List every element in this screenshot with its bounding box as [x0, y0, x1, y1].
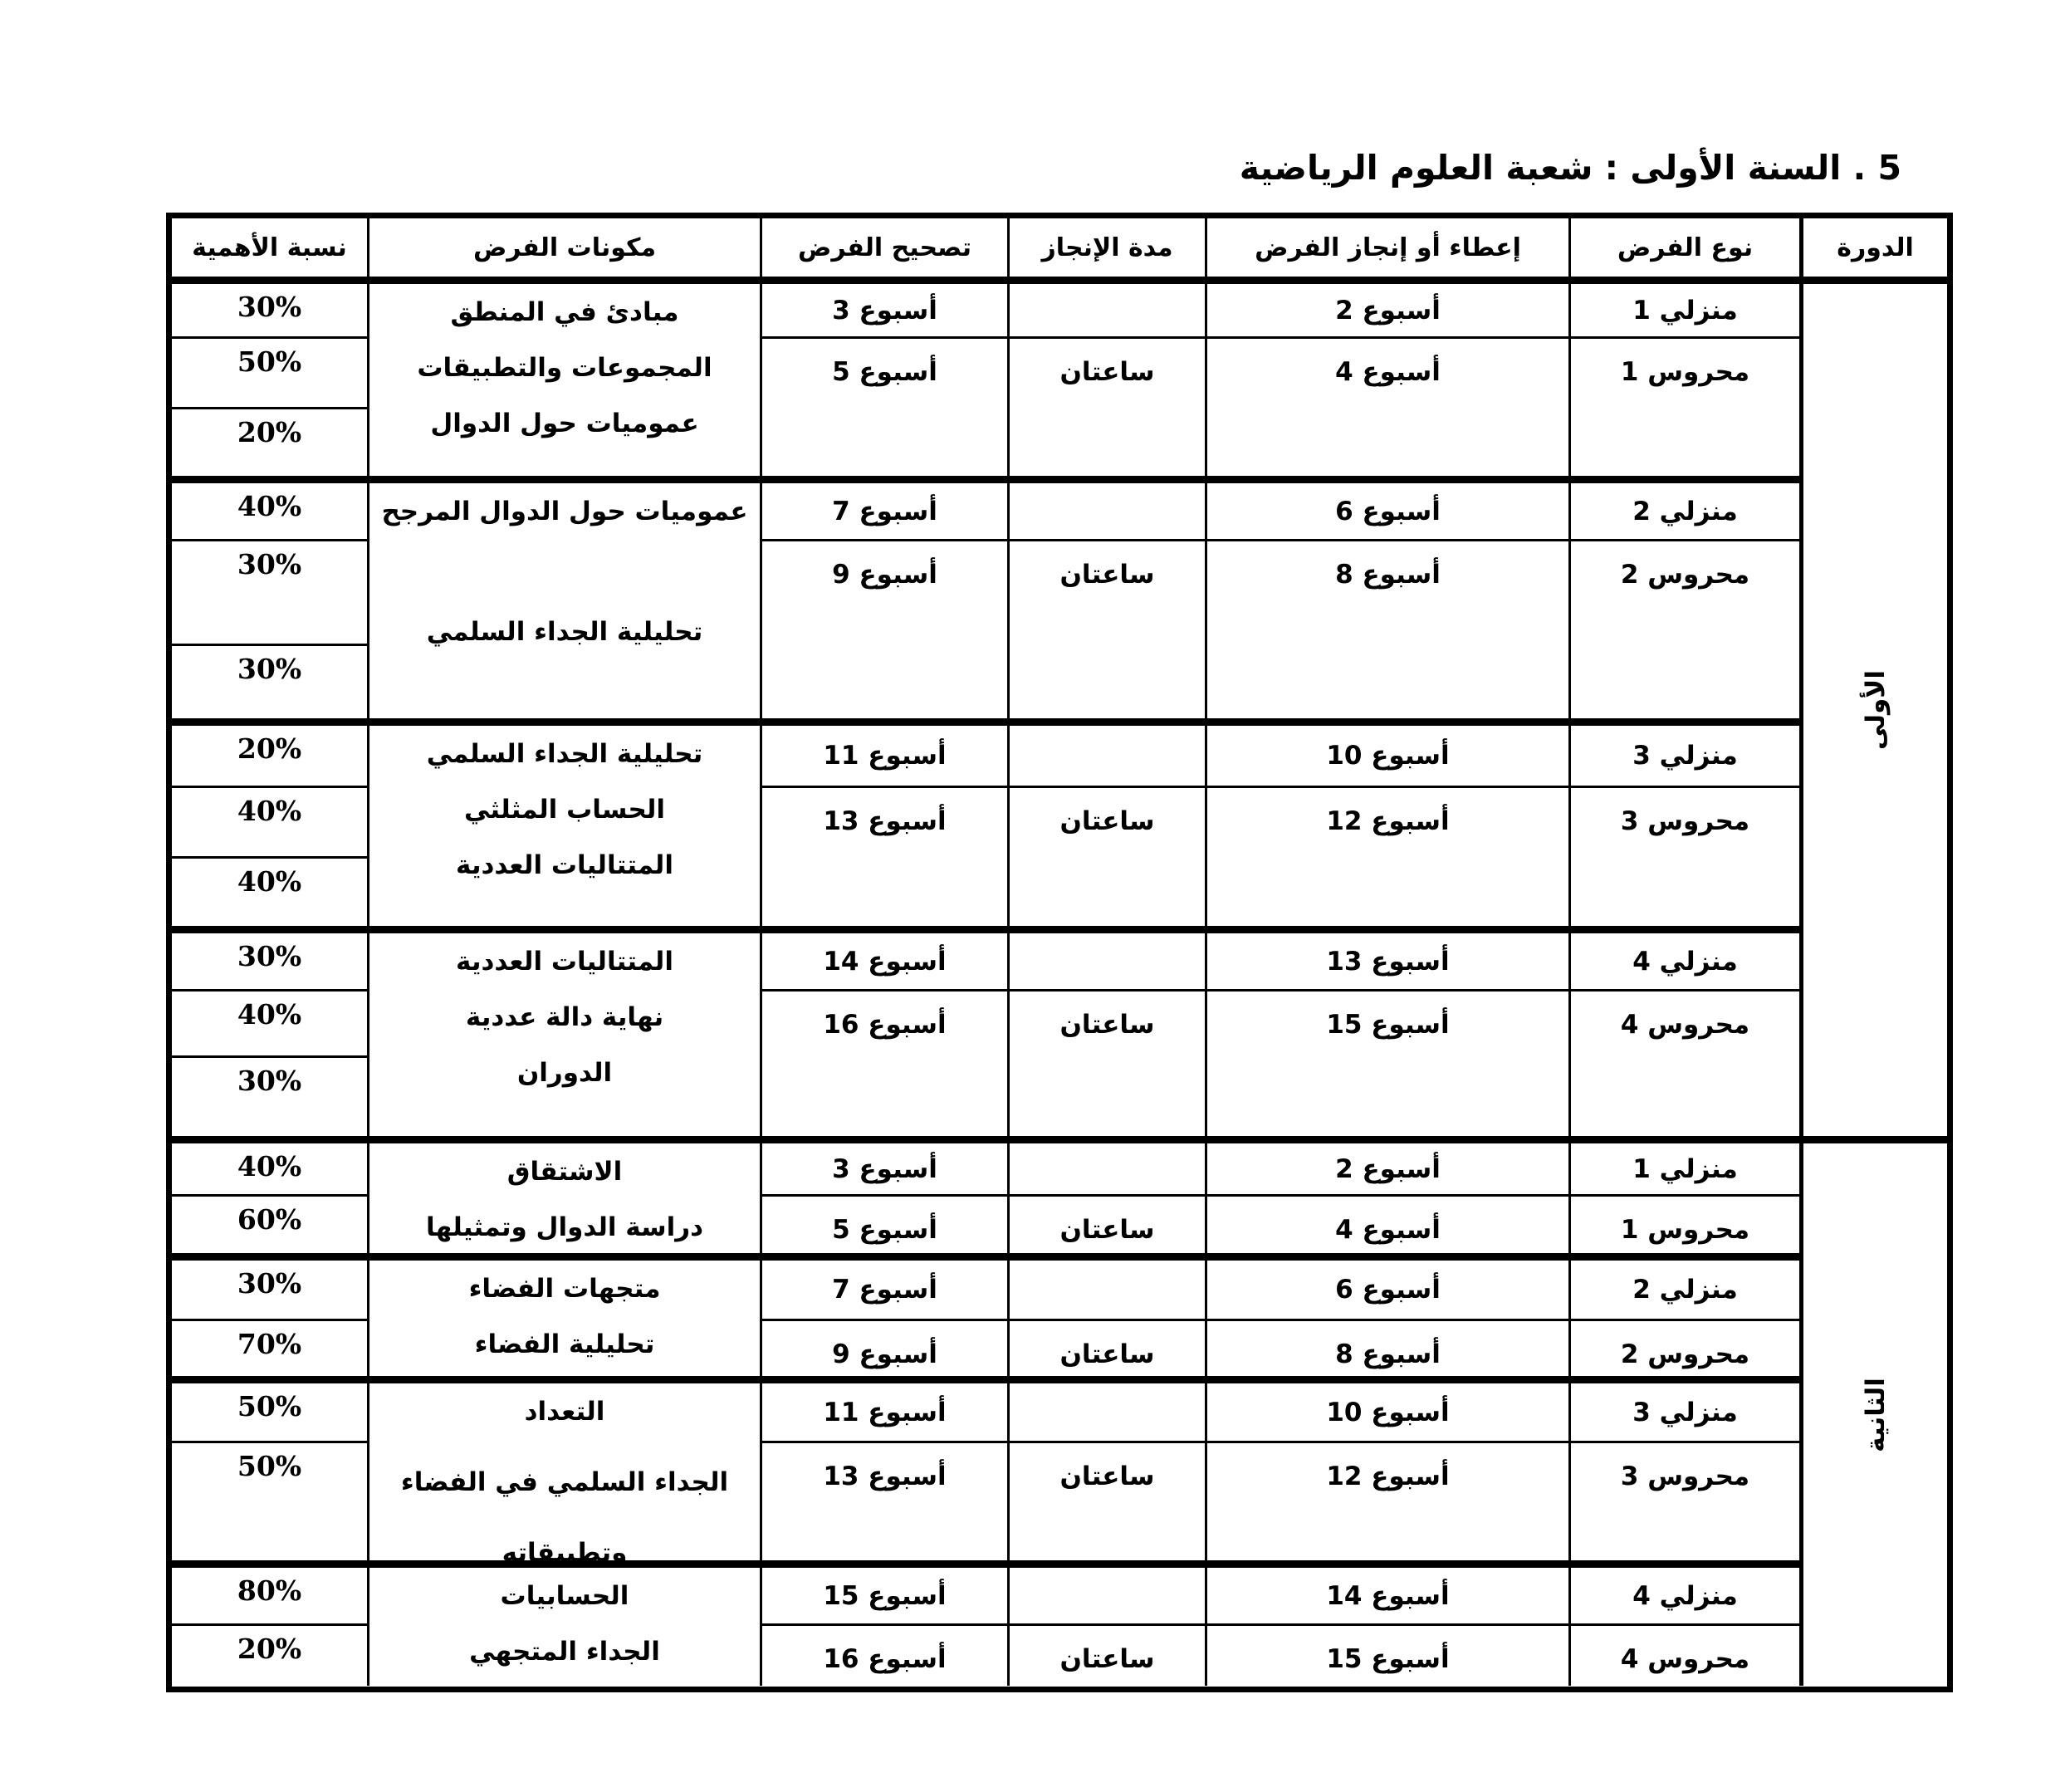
type-cell: محروس 3 [1568, 788, 1799, 926]
assignment-rows: أسبوع 3 أسبوع 2 منزلي 1 أسبوع 5 ساعتان أ… [760, 1143, 1799, 1253]
importance-cell: 70% [172, 1321, 367, 1376]
type-cell: منزلي 3 [1568, 1383, 1799, 1441]
assignment-rows: أسبوع 11 أسبوع 10 منزلي 3 أسبوع 13 ساعتا… [760, 1383, 1799, 1560]
importance-cell: 30% [172, 541, 367, 646]
component-line: المجموعات والتطبيقات [417, 350, 712, 387]
col-header-give: إعطاء أو إنجاز الفرض [1205, 218, 1568, 277]
give-cell: أسبوع 12 [1205, 788, 1568, 926]
component-line: الجداء المتجهي [469, 1633, 660, 1671]
term-label: الأولى [1860, 670, 1890, 750]
type-cell: منزلي 2 [1568, 483, 1799, 539]
duration-cell: ساعتان [1007, 1626, 1205, 1686]
duration-cell [1007, 483, 1205, 539]
type-cell: محروس 2 [1568, 541, 1799, 718]
component-line: تحليلية الجداء السلمي [427, 736, 703, 773]
block-t1-3: 20% 40% 40% تحليلية الجداء السلمي الحساب… [172, 726, 1799, 933]
importance-cell: 40% [172, 859, 367, 926]
importance-cell: 20% [172, 1626, 367, 1686]
type-cell: منزلي 3 [1568, 726, 1799, 786]
type-cell: محروس 1 [1568, 1197, 1799, 1253]
block-t2-3: 50% 50% التعداد الجداء السلمي في الفضاء … [172, 1383, 1799, 1568]
importance-cell: 40% [172, 483, 367, 541]
component-line: الاشتقاق [507, 1153, 623, 1191]
block-t1-4: 30% 40% 30% المتتاليات العددية نهاية دال… [172, 933, 1799, 1136]
importance-column: 30% 70% [172, 1261, 367, 1376]
components-cell: المتتاليات العددية نهاية دالة عددية الدو… [367, 933, 760, 1136]
block-t1-2: 40% 30% 30% عموميات حول الدوال المرجح تح… [172, 483, 1799, 726]
col-header-importance: نسبة الأهمية [172, 218, 367, 277]
importance-cell: 30% [172, 284, 367, 339]
term-2-blocks: 40% 60% الاشتقاق دراسة الدوال وتمثيلها أ… [172, 1143, 1799, 1686]
duration-cell: ساعتان [1007, 1197, 1205, 1253]
correction-cell: أسبوع 5 [762, 339, 1007, 476]
correction-cell: أسبوع 7 [762, 1261, 1007, 1319]
duration-cell [1007, 1261, 1205, 1319]
importance-cell: 30% [172, 1058, 367, 1136]
supervised-assignment-row: أسبوع 9 ساعتان أسبوع 8 محروس 2 [762, 1321, 1799, 1376]
duration-cell: ساعتان [1007, 339, 1205, 476]
component-line: وتطبيقاته [502, 1535, 628, 1572]
assignment-rows: أسبوع 7 أسبوع 6 منزلي 2 أسبوع 9 ساعتان أ… [760, 1261, 1799, 1376]
component-line: مبادئ في المنطق [451, 294, 679, 331]
correction-cell: أسبوع 9 [762, 1321, 1007, 1376]
supervised-assignment-row: أسبوع 16 ساعتان أسبوع 15 محروس 4 [762, 991, 1799, 1136]
home-assignment-row: أسبوع 11 أسبوع 10 منزلي 3 [762, 726, 1799, 788]
correction-cell: أسبوع 16 [762, 991, 1007, 1136]
correction-cell: أسبوع 3 [762, 284, 1007, 336]
type-cell: منزلي 1 [1568, 284, 1799, 336]
component-line: عموميات حول الدوال [430, 405, 698, 443]
col-header-dawra: الدورة [1799, 218, 1947, 277]
duration-cell [1007, 284, 1205, 336]
home-assignment-row: أسبوع 15 أسبوع 14 منزلي 4 [762, 1568, 1799, 1626]
importance-cell: 50% [172, 339, 367, 409]
importance-column: 30% 40% 30% [172, 933, 367, 1136]
component-line: الجداء السلمي في الفضاء [401, 1464, 728, 1501]
type-cell: منزلي 2 [1568, 1261, 1799, 1319]
component-line: الحسابيات [501, 1578, 629, 1615]
supervised-assignment-row: أسبوع 5 ساعتان أسبوع 4 محروس 1 [762, 1197, 1799, 1253]
correction-cell: أسبوع 3 [762, 1143, 1007, 1194]
components-cell: الحسابيات الجداء المتجهي [367, 1568, 760, 1686]
importance-cell: 60% [172, 1197, 367, 1253]
importance-column: 50% 50% [172, 1383, 367, 1560]
components-cell: التعداد الجداء السلمي في الفضاء وتطبيقات… [367, 1383, 760, 1560]
give-cell: أسبوع 15 [1205, 991, 1568, 1136]
col-header-duration: مدة الإنجاز [1007, 218, 1205, 277]
importance-column: 20% 40% 40% [172, 726, 367, 926]
components-cell: الاشتقاق دراسة الدوال وتمثيلها [367, 1143, 760, 1253]
give-cell: أسبوع 6 [1205, 483, 1568, 539]
correction-cell: أسبوع 5 [762, 1197, 1007, 1253]
term-section-2: 40% 60% الاشتقاق دراسة الدوال وتمثيلها أ… [172, 1143, 1947, 1686]
components-cell: تحليلية الجداء السلمي الحساب المثلثي الم… [367, 726, 760, 926]
give-cell: أسبوع 10 [1205, 1383, 1568, 1441]
importance-column: 40% 30% 30% [172, 483, 367, 718]
assignment-rows: أسبوع 14 أسبوع 13 منزلي 4 أسبوع 16 ساعتا… [760, 933, 1799, 1136]
home-assignment-row: أسبوع 3 أسبوع 2 منزلي 1 [762, 284, 1799, 339]
give-cell: أسبوع 15 [1205, 1626, 1568, 1686]
give-cell: أسبوع 6 [1205, 1261, 1568, 1319]
supervised-assignment-row: أسبوع 5 ساعتان أسبوع 4 محروس 1 [762, 339, 1799, 476]
duration-cell: ساعتان [1007, 1321, 1205, 1376]
home-assignment-row: أسبوع 3 أسبوع 2 منزلي 1 [762, 1143, 1799, 1197]
components-cell: عموميات حول الدوال المرجح تحليلية الجداء… [367, 483, 760, 718]
importance-cell: 20% [172, 409, 367, 476]
assignment-rows: أسبوع 7 أسبوع 6 منزلي 2 أسبوع 9 ساعتان أ… [760, 483, 1799, 718]
supervised-assignment-row: أسبوع 13 ساعتان أسبوع 12 محروس 3 [762, 788, 1799, 926]
document-page: 5 . السنة الأولى : شعبة العلوم الرياضية … [0, 0, 2060, 1792]
home-assignment-row: أسبوع 7 أسبوع 6 منزلي 2 [762, 483, 1799, 541]
give-cell: أسبوع 8 [1205, 541, 1568, 718]
correction-cell: أسبوع 13 [762, 1443, 1007, 1560]
component-line: نهاية دالة عددية [466, 999, 663, 1036]
correction-cell: أسبوع 13 [762, 788, 1007, 926]
component-line: دراسة الدوال وتمثيلها [426, 1209, 703, 1246]
correction-cell: أسبوع 14 [762, 933, 1007, 989]
assignment-rows: أسبوع 15 أسبوع 14 منزلي 4 أسبوع 16 ساعتا… [760, 1568, 1799, 1686]
correction-cell: أسبوع 11 [762, 1383, 1007, 1441]
importance-column: 80% 20% [172, 1568, 367, 1686]
give-cell: أسبوع 12 [1205, 1443, 1568, 1560]
importance-cell: 30% [172, 1261, 367, 1321]
term-1-blocks: 30% 50% 20% مبادئ في المنطق المجموعات وا… [172, 284, 1799, 1136]
component-line: الحساب المثلثي [464, 791, 665, 829]
correction-cell: أسبوع 16 [762, 1626, 1007, 1686]
block-t2-4: 80% 20% الحسابيات الجداء المتجهي أسبوع 1… [172, 1568, 1799, 1686]
importance-cell: 30% [172, 933, 367, 991]
give-cell: أسبوع 2 [1205, 1143, 1568, 1194]
importance-column: 30% 50% 20% [172, 284, 367, 476]
supervised-assignment-row: أسبوع 9 ساعتان أسبوع 8 محروس 2 [762, 541, 1799, 718]
importance-cell: 40% [172, 1143, 367, 1197]
home-assignment-row: أسبوع 7 أسبوع 6 منزلي 2 [762, 1261, 1799, 1321]
term-label: الثانية [1861, 1378, 1891, 1452]
duration-cell: ساعتان [1007, 788, 1205, 926]
assessment-schedule-table: نسبة الأهمية مكونات الفرض تصحيح الفرض مد… [166, 213, 1953, 1692]
components-cell: متجهات الفضاء تحليلية الفضاء [367, 1261, 760, 1376]
type-cell: منزلي 4 [1568, 1568, 1799, 1623]
block-t2-2: 30% 70% متجهات الفضاء تحليلية الفضاء أسب… [172, 1261, 1799, 1383]
duration-cell [1007, 726, 1205, 786]
correction-cell: أسبوع 11 [762, 726, 1007, 786]
duration-cell [1007, 1143, 1205, 1194]
home-assignment-row: أسبوع 11 أسبوع 10 منزلي 3 [762, 1383, 1799, 1443]
give-cell: أسبوع 4 [1205, 1197, 1568, 1253]
duration-cell: ساعتان [1007, 541, 1205, 718]
type-cell: منزلي 4 [1568, 933, 1799, 989]
type-cell: محروس 3 [1568, 1443, 1799, 1560]
importance-cell: 50% [172, 1383, 367, 1443]
component-line: تحليلية الجداء السلمي [427, 614, 703, 651]
importance-cell: 50% [172, 1443, 367, 1560]
dawra-cell-term-1: الأولى [1799, 284, 1947, 1136]
assignment-rows: أسبوع 3 أسبوع 2 منزلي 1 أسبوع 5 ساعتان أ… [760, 284, 1799, 476]
give-cell: أسبوع 14 [1205, 1568, 1568, 1623]
type-cell: منزلي 1 [1568, 1143, 1799, 1194]
component-line: المتتاليات العددية [456, 943, 673, 981]
col-header-type: نوع الفرض [1568, 218, 1799, 277]
type-cell: محروس 4 [1568, 991, 1799, 1136]
page-title: 5 . السنة الأولى : شعبة العلوم الرياضية [1240, 148, 1901, 188]
component-line: عموميات حول الدوال المرجح [381, 493, 747, 531]
duration-cell: ساعتان [1007, 1443, 1205, 1560]
component-line: الدوران [517, 1055, 612, 1092]
importance-cell: 40% [172, 991, 367, 1058]
component-line: تحليلية الفضاء [475, 1326, 655, 1364]
block-t1-1: 30% 50% 20% مبادئ في المنطق المجموعات وا… [172, 284, 1799, 483]
duration-cell [1007, 1568, 1205, 1623]
components-cell: مبادئ في المنطق المجموعات والتطبيقات عمو… [367, 284, 760, 476]
component-line: المتتاليات العددية [456, 847, 673, 884]
importance-cell: 20% [172, 726, 367, 788]
importance-cell: 30% [172, 646, 367, 718]
col-header-correction: تصحيح الفرض [760, 218, 1007, 277]
supervised-assignment-row: أسبوع 16 ساعتان أسبوع 15 محروس 4 [762, 1626, 1799, 1686]
importance-cell: 80% [172, 1568, 367, 1626]
table-header-row: نسبة الأهمية مكونات الفرض تصحيح الفرض مد… [172, 218, 1947, 284]
give-cell: أسبوع 4 [1205, 339, 1568, 476]
duration-cell [1007, 1383, 1205, 1441]
type-cell: محروس 1 [1568, 339, 1799, 476]
component-line: التعداد [525, 1393, 605, 1431]
type-cell: محروس 2 [1568, 1321, 1799, 1376]
type-cell: محروس 4 [1568, 1626, 1799, 1686]
importance-column: 40% 60% [172, 1143, 367, 1253]
block-t2-1: 40% 60% الاشتقاق دراسة الدوال وتمثيلها أ… [172, 1143, 1799, 1261]
home-assignment-row: أسبوع 14 أسبوع 13 منزلي 4 [762, 933, 1799, 991]
correction-cell: أسبوع 15 [762, 1568, 1007, 1623]
correction-cell: أسبوع 7 [762, 483, 1007, 539]
assignment-rows: أسبوع 11 أسبوع 10 منزلي 3 أسبوع 13 ساعتا… [760, 726, 1799, 926]
give-cell: أسبوع 10 [1205, 726, 1568, 786]
component-line: متجهات الفضاء [469, 1271, 661, 1308]
give-cell: أسبوع 13 [1205, 933, 1568, 989]
col-header-components: مكونات الفرض [367, 218, 760, 277]
duration-cell: ساعتان [1007, 991, 1205, 1136]
correction-cell: أسبوع 9 [762, 541, 1007, 718]
give-cell: أسبوع 2 [1205, 284, 1568, 336]
duration-cell [1007, 933, 1205, 989]
importance-cell: 40% [172, 788, 367, 859]
supervised-assignment-row: أسبوع 13 ساعتان أسبوع 12 محروس 3 [762, 1443, 1799, 1560]
dawra-cell-term-2: الثانية [1799, 1143, 1947, 1686]
give-cell: أسبوع 8 [1205, 1321, 1568, 1376]
term-section-1: 30% 50% 20% مبادئ في المنطق المجموعات وا… [172, 284, 1947, 1143]
